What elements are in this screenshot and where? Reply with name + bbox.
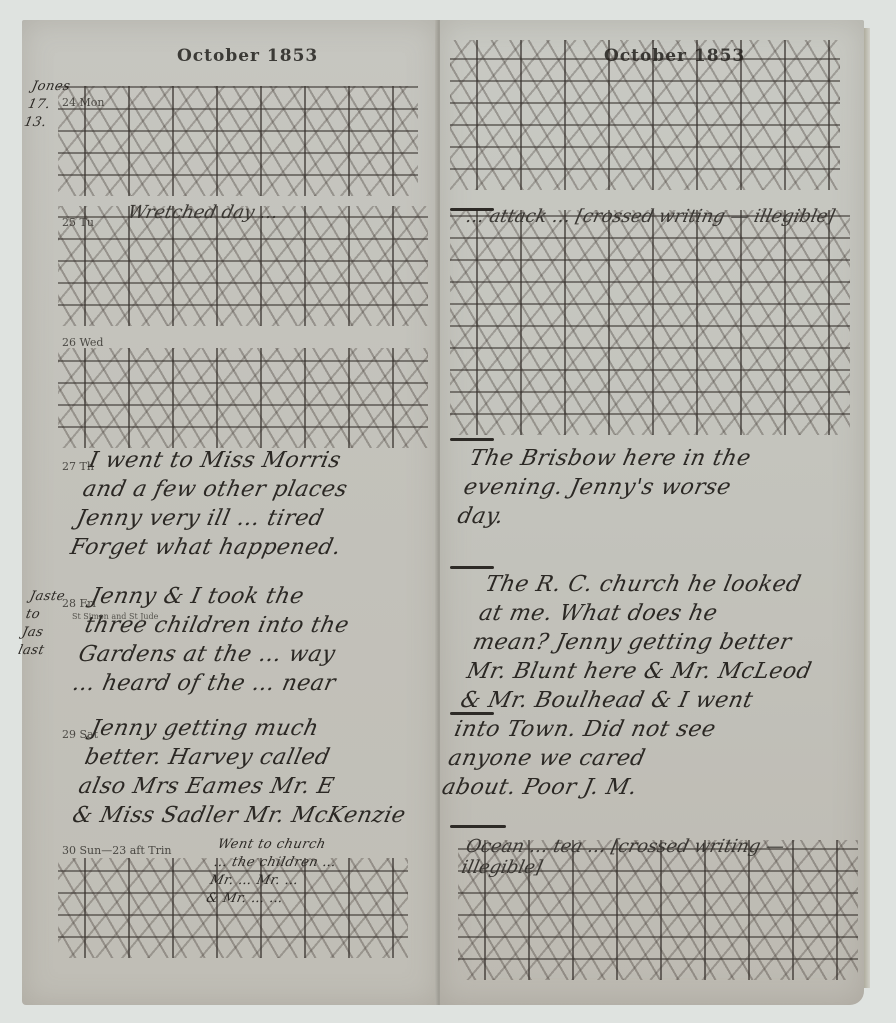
entry-27-text: I went to Miss Morris and a few other pl…	[68, 446, 443, 562]
crossed-writing-26	[58, 348, 428, 448]
section-divider	[450, 438, 494, 441]
section-divider	[450, 566, 494, 569]
right-page: October 1853 … attack … [crossed writing…	[440, 20, 864, 1005]
page-edge	[864, 28, 870, 988]
block-5-caption: Ocean … tea … [crossed writing — illegib…	[460, 836, 863, 878]
block-3-text: The Brisbow here in the evening. Jenny's…	[455, 444, 863, 531]
entry-30-text: Went to church … the children … Mr. … Mr…	[204, 836, 419, 908]
left-page: October 1853 Jones 17. 13. Jaste to Jas …	[22, 20, 438, 1005]
crossed-writing-24	[58, 86, 418, 196]
block-2-caption: … attack … [crossed writing — illegible]	[464, 206, 837, 227]
day-label-30: 30 Sun—23 aft Trin	[62, 844, 171, 857]
crossed-writing-block-2: … attack … [crossed writing — illegible]	[450, 210, 850, 435]
crossed-writing-25: Wretched day …	[58, 206, 428, 326]
entry-28-text: Jenny & I took the three children into t…	[70, 582, 445, 698]
left-page-header: October 1853	[177, 46, 318, 66]
diary-spread: October 1853 Jones 17. 13. Jaste to Jas …	[22, 20, 870, 1010]
section-divider	[450, 825, 506, 828]
entry-25-text: Wretched day …	[126, 202, 280, 223]
crossed-writing-block-5: Ocean … tea … [crossed writing — illegib…	[458, 840, 858, 980]
block-4-text: The R. C. church he looked at me. What d…	[439, 570, 878, 802]
entry-29-text: Jenny getting much better. Harvey called…	[70, 714, 445, 830]
crossed-writing-block-1	[450, 40, 840, 190]
